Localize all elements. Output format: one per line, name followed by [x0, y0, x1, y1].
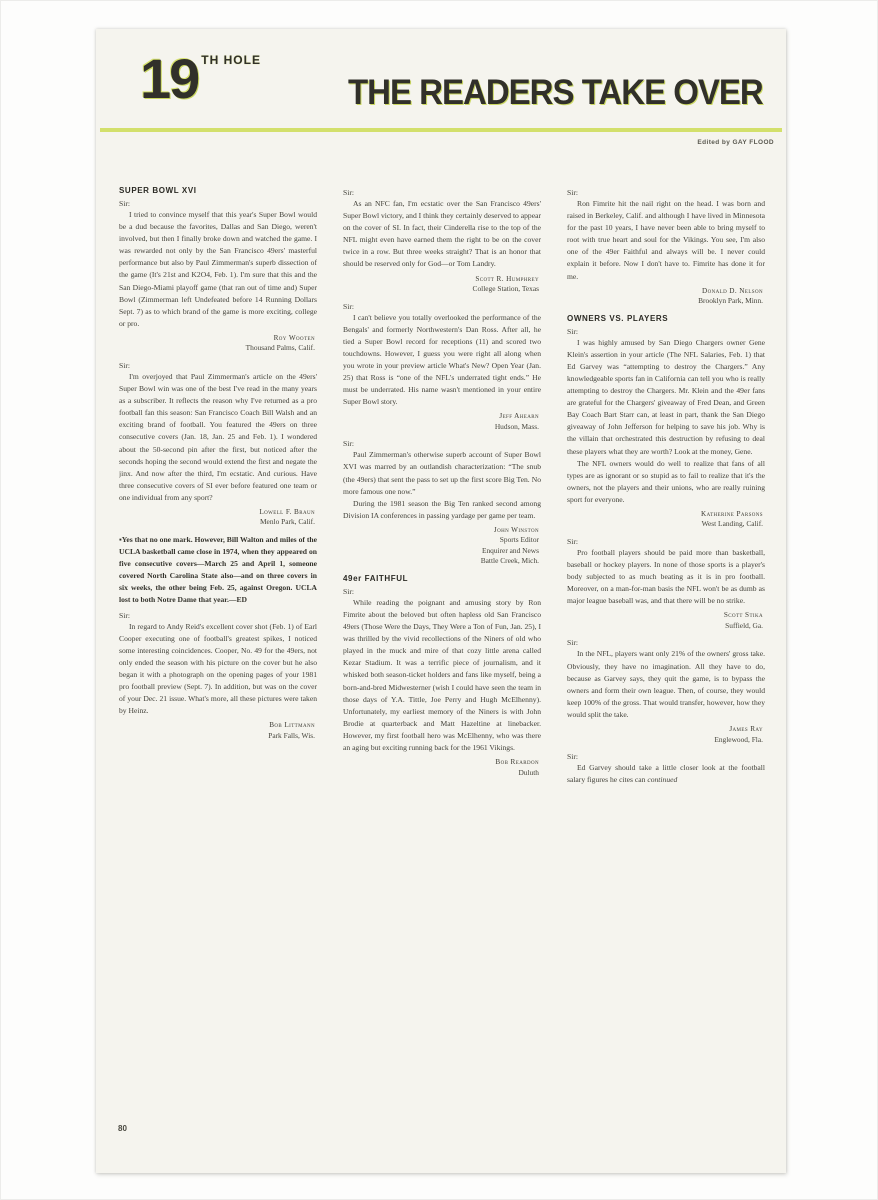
magazine-page: 19TH HOLE THE READERS TAKE OVER Edited b… [96, 29, 786, 1173]
letter-paragraph: The NFL owners would do well to realize … [567, 458, 765, 506]
letter-paragraph: Pro football players should be paid more… [567, 547, 765, 607]
signature: Bob ReardonDuluth [343, 757, 539, 778]
letter-paragraph: I tried to convince myself that this yea… [119, 209, 317, 330]
signature: Lowell F. BraunMenlo Park, Calif. [119, 507, 315, 528]
letter-heading: SUPER BOWL XVI [119, 186, 317, 195]
salutation: Sir: [567, 751, 765, 762]
signature-name: Lowell F. Braun [119, 507, 315, 518]
salutation: Sir: [567, 536, 765, 547]
scan-frame: 19TH HOLE THE READERS TAKE OVER Edited b… [0, 0, 878, 1200]
text-column-2: Sir:As an NFC fan, I'm ecstatic over the… [343, 184, 541, 1130]
continued-label: continued [647, 775, 677, 784]
salutation: Sir: [343, 187, 541, 198]
text-column-1: SUPER BOWL XVISir:I tried to convince my… [119, 184, 317, 1130]
section-logo: 19TH HOLE [140, 51, 261, 107]
letter-paragraph: Ed Garvey should take a little closer lo… [567, 762, 765, 786]
signature: Donald D. NelsonBrooklyn Park, Minn. [567, 286, 763, 307]
signature-name: Jeff Ahearn [343, 411, 539, 422]
signature-name: Bob Reardon [343, 757, 539, 768]
letter-paragraph: I'm overjoyed that Paul Zimmerman's arti… [119, 371, 317, 504]
letters-columns: SUPER BOWL XVISir:I tried to convince my… [119, 184, 765, 1130]
salutation: Sir: [567, 637, 765, 648]
section-suffix: TH HOLE [201, 53, 261, 67]
edited-by-credit: Edited by GAY FLOOD [697, 139, 774, 146]
signature: James RayEnglewood, Fla. [567, 724, 763, 745]
page-number: 80 [118, 1124, 127, 1133]
salutation: Sir: [343, 586, 541, 597]
salutation: Sir: [119, 610, 317, 621]
signature: Scott R. HumphreyCollege Station, Texas [343, 274, 539, 295]
salutation: Sir: [119, 198, 317, 209]
signature-line: Duluth [343, 768, 539, 779]
salutation: Sir: [343, 438, 541, 449]
signature: Katherine ParsonsWest Landing, Calif. [567, 509, 763, 530]
letter-paragraph: Ron Fimrite hit the nail right on the he… [567, 198, 765, 283]
letter-paragraph: I was highly amused by San Diego Charger… [567, 337, 765, 458]
signature-line: Suffield, Ga. [567, 621, 763, 632]
signature-name: Roy Wooten [119, 333, 315, 344]
signature-line: West Landing, Calif. [567, 519, 763, 530]
section-number: 19 [140, 47, 198, 110]
page-title: THE READERS TAKE OVER [348, 74, 763, 110]
signature-name: Donald D. Nelson [567, 286, 763, 297]
signature-line: Menlo Park, Calif. [119, 517, 315, 528]
signature-name: Katherine Parsons [567, 509, 763, 520]
text-column-3: Sir:Ron Fimrite hit the nail right on th… [567, 184, 765, 1130]
signature-line: Park Falls, Wis. [119, 731, 315, 742]
accent-rule [100, 128, 782, 132]
signature-name: John Winston [343, 525, 539, 536]
signature-name: Bob Littmann [119, 720, 315, 731]
letter-paragraph: Paul Zimmerman's otherwise superb accoun… [343, 449, 541, 497]
letter-paragraph: I can't believe you totally overlooked t… [343, 312, 541, 409]
letter-paragraph: While reading the poignant and amusing s… [343, 597, 541, 754]
editor-note: ▪Yes that no one mark. However, Bill Wal… [119, 534, 317, 607]
letter-paragraph: In regard to Andy Reid's excellent cover… [119, 621, 317, 718]
signature-line: Brooklyn Park, Minn. [567, 296, 763, 307]
signature-line: College Station, Texas [343, 284, 539, 295]
letter-paragraph: In the NFL, players want only 21% of the… [567, 648, 765, 721]
signature: Scott StikaSuffield, Ga. [567, 610, 763, 631]
letter-paragraph: During the 1981 season the Big Ten ranke… [343, 498, 541, 522]
signature-name: James Ray [567, 724, 763, 735]
signature: Jeff AhearnHudson, Mass. [343, 411, 539, 432]
salutation: Sir: [567, 187, 765, 198]
signature-name: Scott Stika [567, 610, 763, 621]
signature-line: Sports Editor [343, 535, 539, 546]
salutation: Sir: [567, 326, 765, 337]
signature: Bob LittmannPark Falls, Wis. [119, 720, 315, 741]
signature: John WinstonSports EditorEnquirer and Ne… [343, 525, 539, 567]
letter-heading: OWNERS VS. PLAYERS [567, 314, 765, 323]
signature-line: Enquirer and News [343, 546, 539, 557]
masthead: 19TH HOLE THE READERS TAKE OVER Edited b… [96, 29, 786, 159]
signature-line: Hudson, Mass. [343, 422, 539, 433]
signature-line: Thousand Palms, Calif. [119, 343, 315, 354]
salutation: Sir: [119, 360, 317, 371]
signature-line: Englewood, Fla. [567, 735, 763, 746]
signature-line: Battle Creek, Mich. [343, 556, 539, 567]
signature-name: Scott R. Humphrey [343, 274, 539, 285]
letter-heading: 49er FAITHFUL [343, 574, 541, 583]
signature: Roy WootenThousand Palms, Calif. [119, 333, 315, 354]
letter-paragraph: As an NFC fan, I'm ecstatic over the San… [343, 198, 541, 271]
salutation: Sir: [343, 301, 541, 312]
